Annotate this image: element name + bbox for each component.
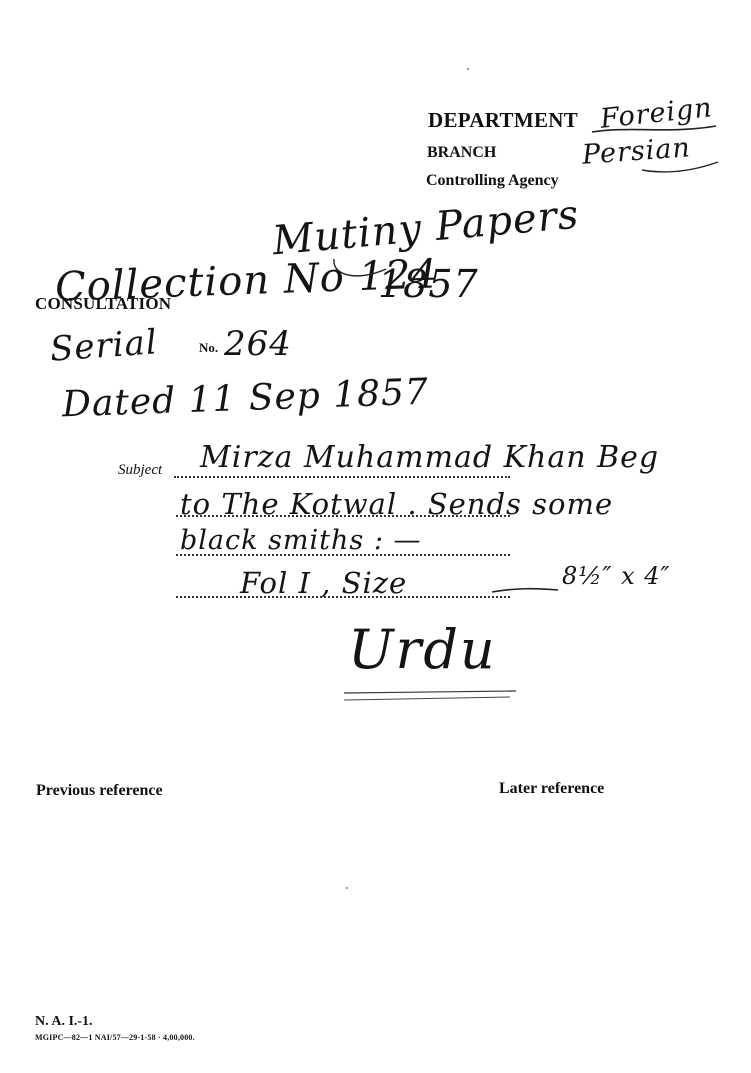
controlling-agency-label: Controlling Agency [426,172,559,190]
subject-line-3: black smiths : — [180,525,422,556]
serial-word: Serial [49,322,159,369]
dated-text: Dated 11 Sep 1857 [61,372,429,426]
branch-label: BRANCH [427,144,496,162]
archive-record-sheet: DEPARTMENT Foreign BRANCH Persian Contro… [0,0,751,1073]
printer-imprint: MGIPC—82—1 NAI/57—29-1-58 · 4,00,000. [35,1033,195,1042]
serial-no-label: No. [199,340,218,356]
subject-line-2: to The Kotwal . Sends some [180,487,613,521]
language-double-underline [340,690,520,706]
collection-year: 1857 [378,262,479,306]
subject-label: Subject [118,462,162,479]
department-label: DEPARTMENT [428,108,578,133]
paper-speck [346,887,348,889]
consultation-label: CONSULTATION [35,294,171,314]
subject-dotted-line-1 [174,476,510,478]
previous-reference-label: Previous reference [36,782,163,800]
language-value: Urdu [348,618,497,681]
subject-line-4: Fol I , Size [240,566,407,600]
paper-speck [467,68,469,70]
branch-flourish [640,158,720,178]
size-value: 8½″ x 4″ [562,562,671,590]
later-reference-label: Later reference [499,780,604,798]
serial-number: 264 [224,324,292,364]
subject-line-1: Mirza Muhammad Khan Beg [200,440,659,475]
form-code: N. A. I.-1. [35,1014,93,1030]
size-dash-stroke [490,584,560,596]
